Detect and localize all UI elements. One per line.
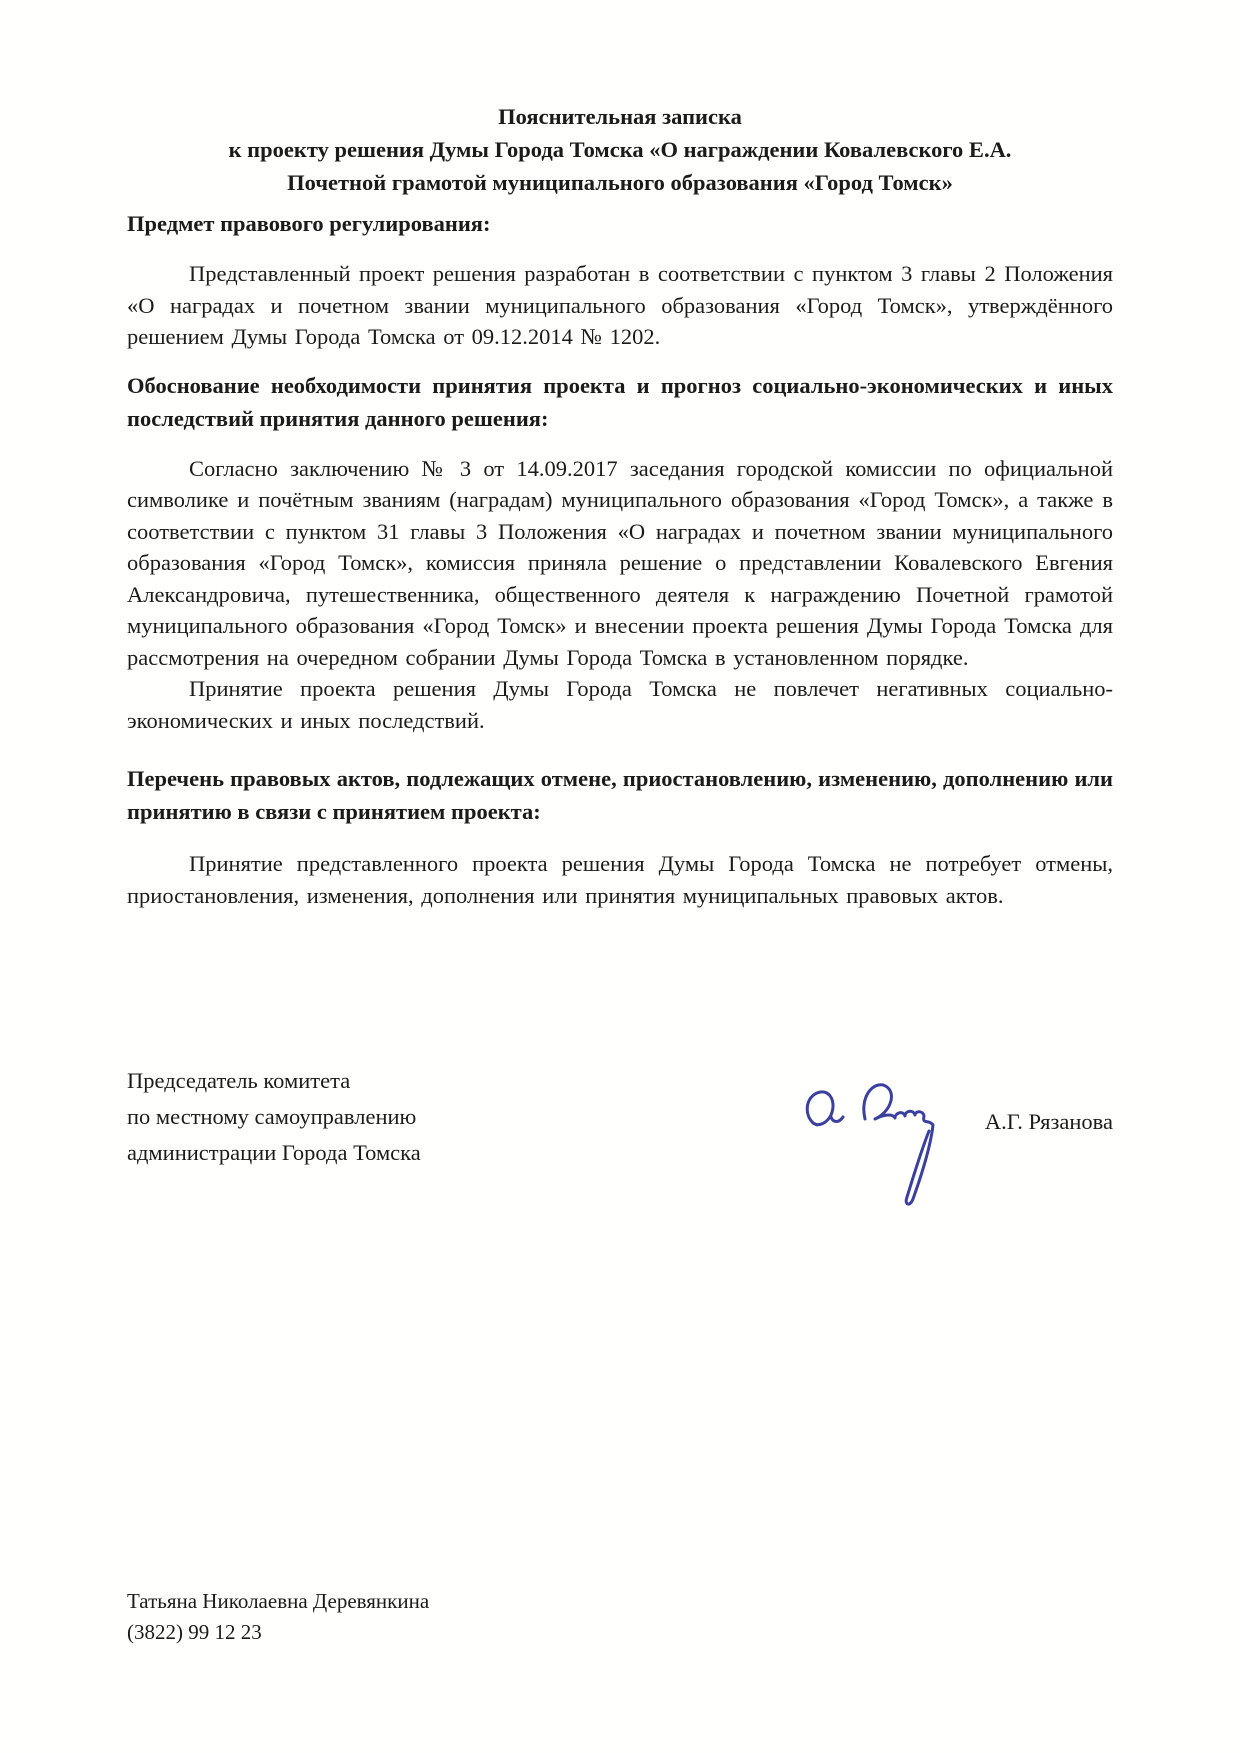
paragraph-justification-1: Согласно заключению № 3 от 14.09.2017 за… xyxy=(127,453,1113,674)
paragraph-acts-list: Принятие представленного проекта решения… xyxy=(127,848,1113,911)
section-heading-acts-list: Перечень правовых актов, подлежащих отме… xyxy=(127,762,1113,828)
section-heading-justification: Обоснование необходимости принятия проек… xyxy=(127,369,1113,435)
paragraph-subject: Представленный проект решения разработан… xyxy=(127,258,1113,353)
contact-phone: (3822) 99 12 23 xyxy=(127,1617,429,1648)
handwritten-signature-image xyxy=(795,1073,965,1223)
title-line-1: Пояснительная записка xyxy=(127,100,1113,133)
executor-contact: Татьяна Николаевна Деревянкина (3822) 99… xyxy=(127,1586,429,1648)
document-title: Пояснительная записка к проекту решения … xyxy=(127,100,1113,199)
title-line-2: к проекту решения Думы Города Томска «О … xyxy=(127,133,1113,166)
contact-name: Татьяна Николаевна Деревянкина xyxy=(127,1586,429,1617)
title-line-3: Почетной грамотой муниципального образов… xyxy=(127,166,1113,199)
document-page: Пояснительная записка к проекту решения … xyxy=(0,0,1240,1753)
section-heading-subject: Предмет правового регулирования: xyxy=(127,207,1113,240)
signatory-position: Председатель комитета по местному самоуп… xyxy=(127,1063,421,1171)
signatory-name: А.Г. Рязанова xyxy=(985,1105,1113,1138)
paragraph-justification-2: Принятие проекта решения Думы Города Том… xyxy=(127,673,1113,736)
signature-block: Председатель комитета по местному самоуп… xyxy=(127,1063,1113,1171)
